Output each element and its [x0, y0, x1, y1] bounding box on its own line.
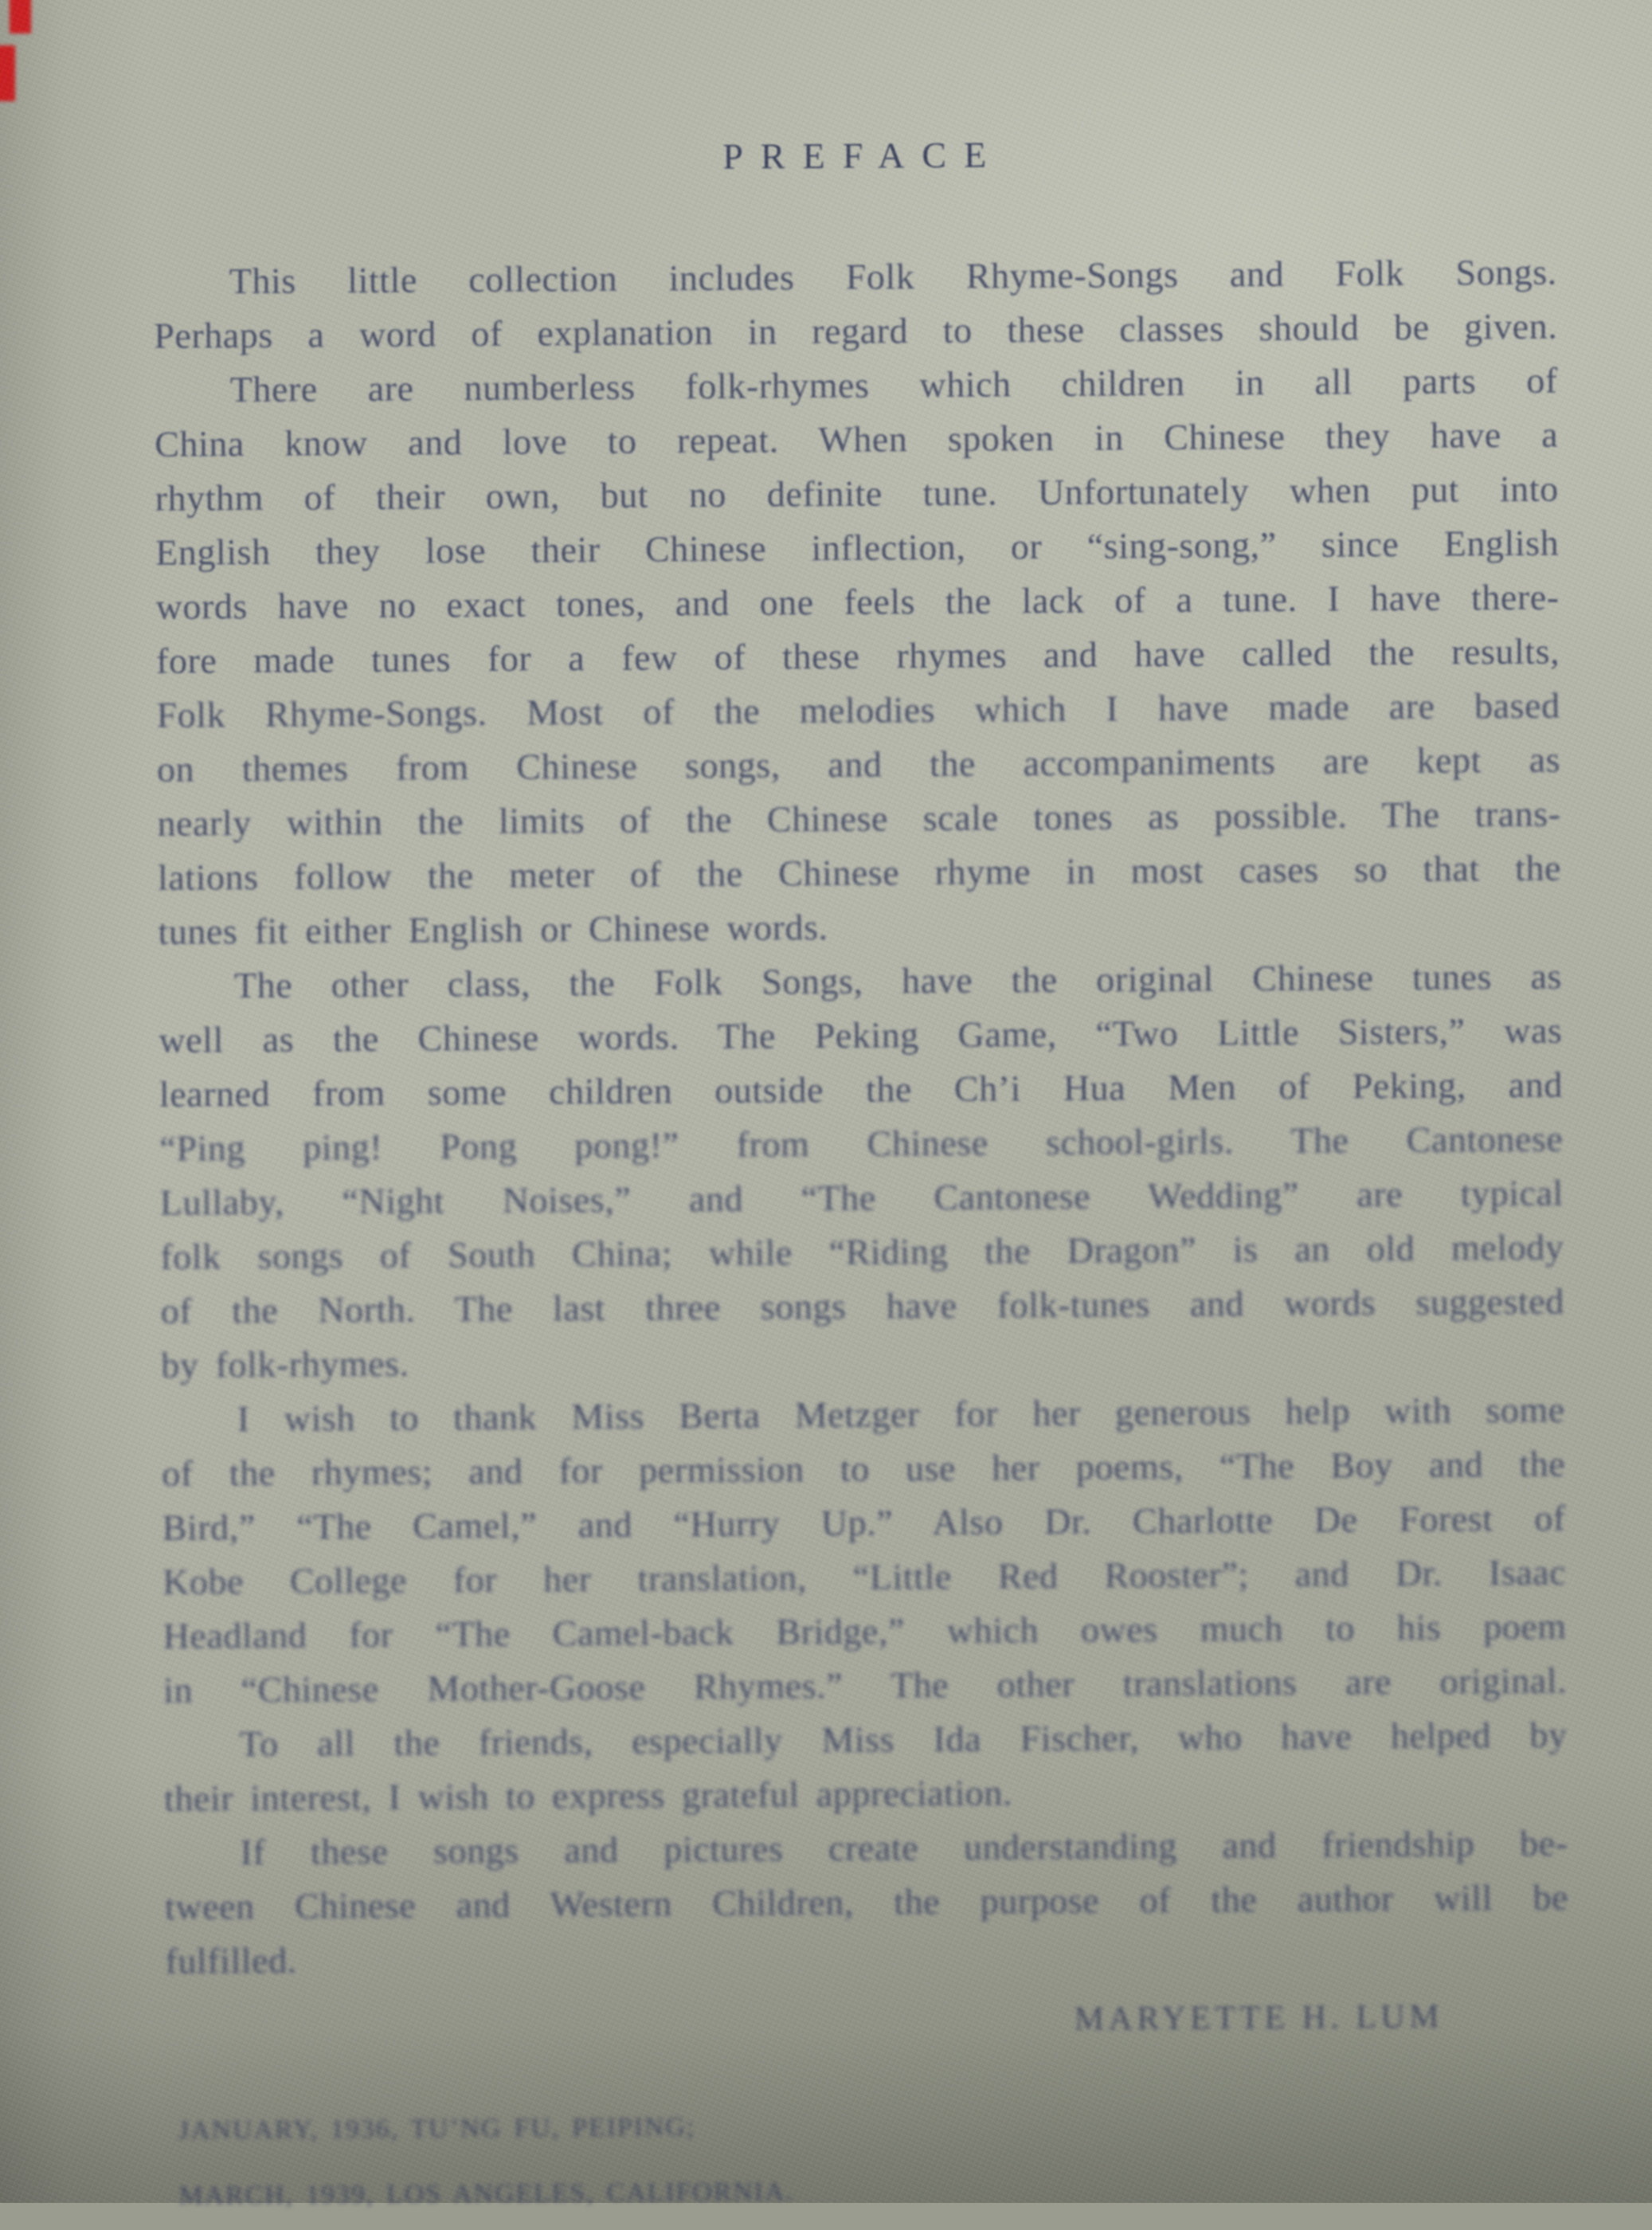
text-line: nearly within the limits of the Chinese …: [157, 787, 1560, 851]
date-line: JANUARY, 1936, TU’NG FU, PEIPING;: [178, 2094, 794, 2163]
text-line: by folk-rhymes.: [161, 1329, 1564, 1393]
text-line: fore made tunes for a few of these rhyme…: [156, 625, 1560, 688]
book-page-photo: PREFACE This little collection includes …: [0, 0, 1652, 2203]
text-line: The other class, the Folk Songs, have th…: [159, 950, 1562, 1013]
text-line: in “Chinese Mother-Goose Rhymes.” The ot…: [163, 1654, 1567, 1718]
text-line: rhythm of their own, but no definite tun…: [155, 462, 1558, 526]
text-line: “Ping ping! Pong pong!” from Chinese sch…: [159, 1112, 1563, 1176]
book-page: PREFACE This little collection includes …: [0, 0, 1652, 2203]
text-line: If these songs and pictures create under…: [164, 1817, 1568, 1880]
text-line: tunes fit either English or Chinese word…: [158, 896, 1561, 959]
text-line: words have no exact tones, and one feels…: [155, 570, 1559, 634]
text-line: on themes from Chinese songs, and the ac…: [157, 733, 1560, 797]
text-line: learned from some children outside the C…: [159, 1058, 1563, 1122]
text-line: of the North. The last three songs have …: [161, 1275, 1564, 1338]
page-title: PREFACE: [153, 127, 1556, 185]
date-line: MARCH, 1939, LOS ANGELES, CALIFORNIA.: [178, 2159, 794, 2203]
text-line: of the rhymes; and for permission to use…: [162, 1437, 1565, 1501]
author-signature: MARYETTE H. LUM: [166, 1995, 1569, 2048]
text-line: lations follow the meter of the Chinese …: [158, 841, 1561, 905]
text-line: fulfilled.: [165, 1925, 1568, 1989]
text-line: Lullaby, “Night Noises,” and “The Canton…: [160, 1166, 1564, 1230]
text-line: Headland for “The Camel-back Bridge,” wh…: [162, 1600, 1566, 1664]
text-line: their interest, I wish to express gratef…: [164, 1762, 1568, 1826]
text-line: This little collection includes Folk Rhy…: [154, 245, 1557, 309]
text-line: Bird,” “The Camel,” and “Hurry Up.” Also…: [162, 1491, 1565, 1555]
text-line: well as the Chinese words. The Peking Ga…: [159, 1004, 1562, 1068]
text-line: folk songs of South China; while “Riding…: [160, 1221, 1564, 1284]
text-line: China know and love to repeat. When spok…: [155, 408, 1558, 472]
preface-body: This little collection includes Folk Rhy…: [154, 245, 1569, 1989]
text-line: tween Chinese and Western Children, the …: [165, 1871, 1568, 1934]
date-lines: JANUARY, 1936, TU’NG FU, PEIPING; MARCH,…: [178, 2094, 794, 2203]
text-column: PREFACE This little collection includes …: [151, 0, 1569, 2048]
text-line: Folk Rhyme-Songs. Most of the melodies w…: [156, 679, 1560, 743]
text-line: I wish to thank Miss Berta Metzger for h…: [162, 1383, 1565, 1447]
text-line: There are numberless folk-rhymes which c…: [155, 354, 1558, 417]
text-line: English they lose their Chinese inflecti…: [155, 516, 1559, 580]
text-line: To all the friends, especially Miss Ida …: [163, 1708, 1567, 1772]
text-line: Kobe College for her translation, “Littl…: [162, 1546, 1566, 1609]
text-line: Perhaps a word of explanation in regard …: [154, 300, 1557, 363]
